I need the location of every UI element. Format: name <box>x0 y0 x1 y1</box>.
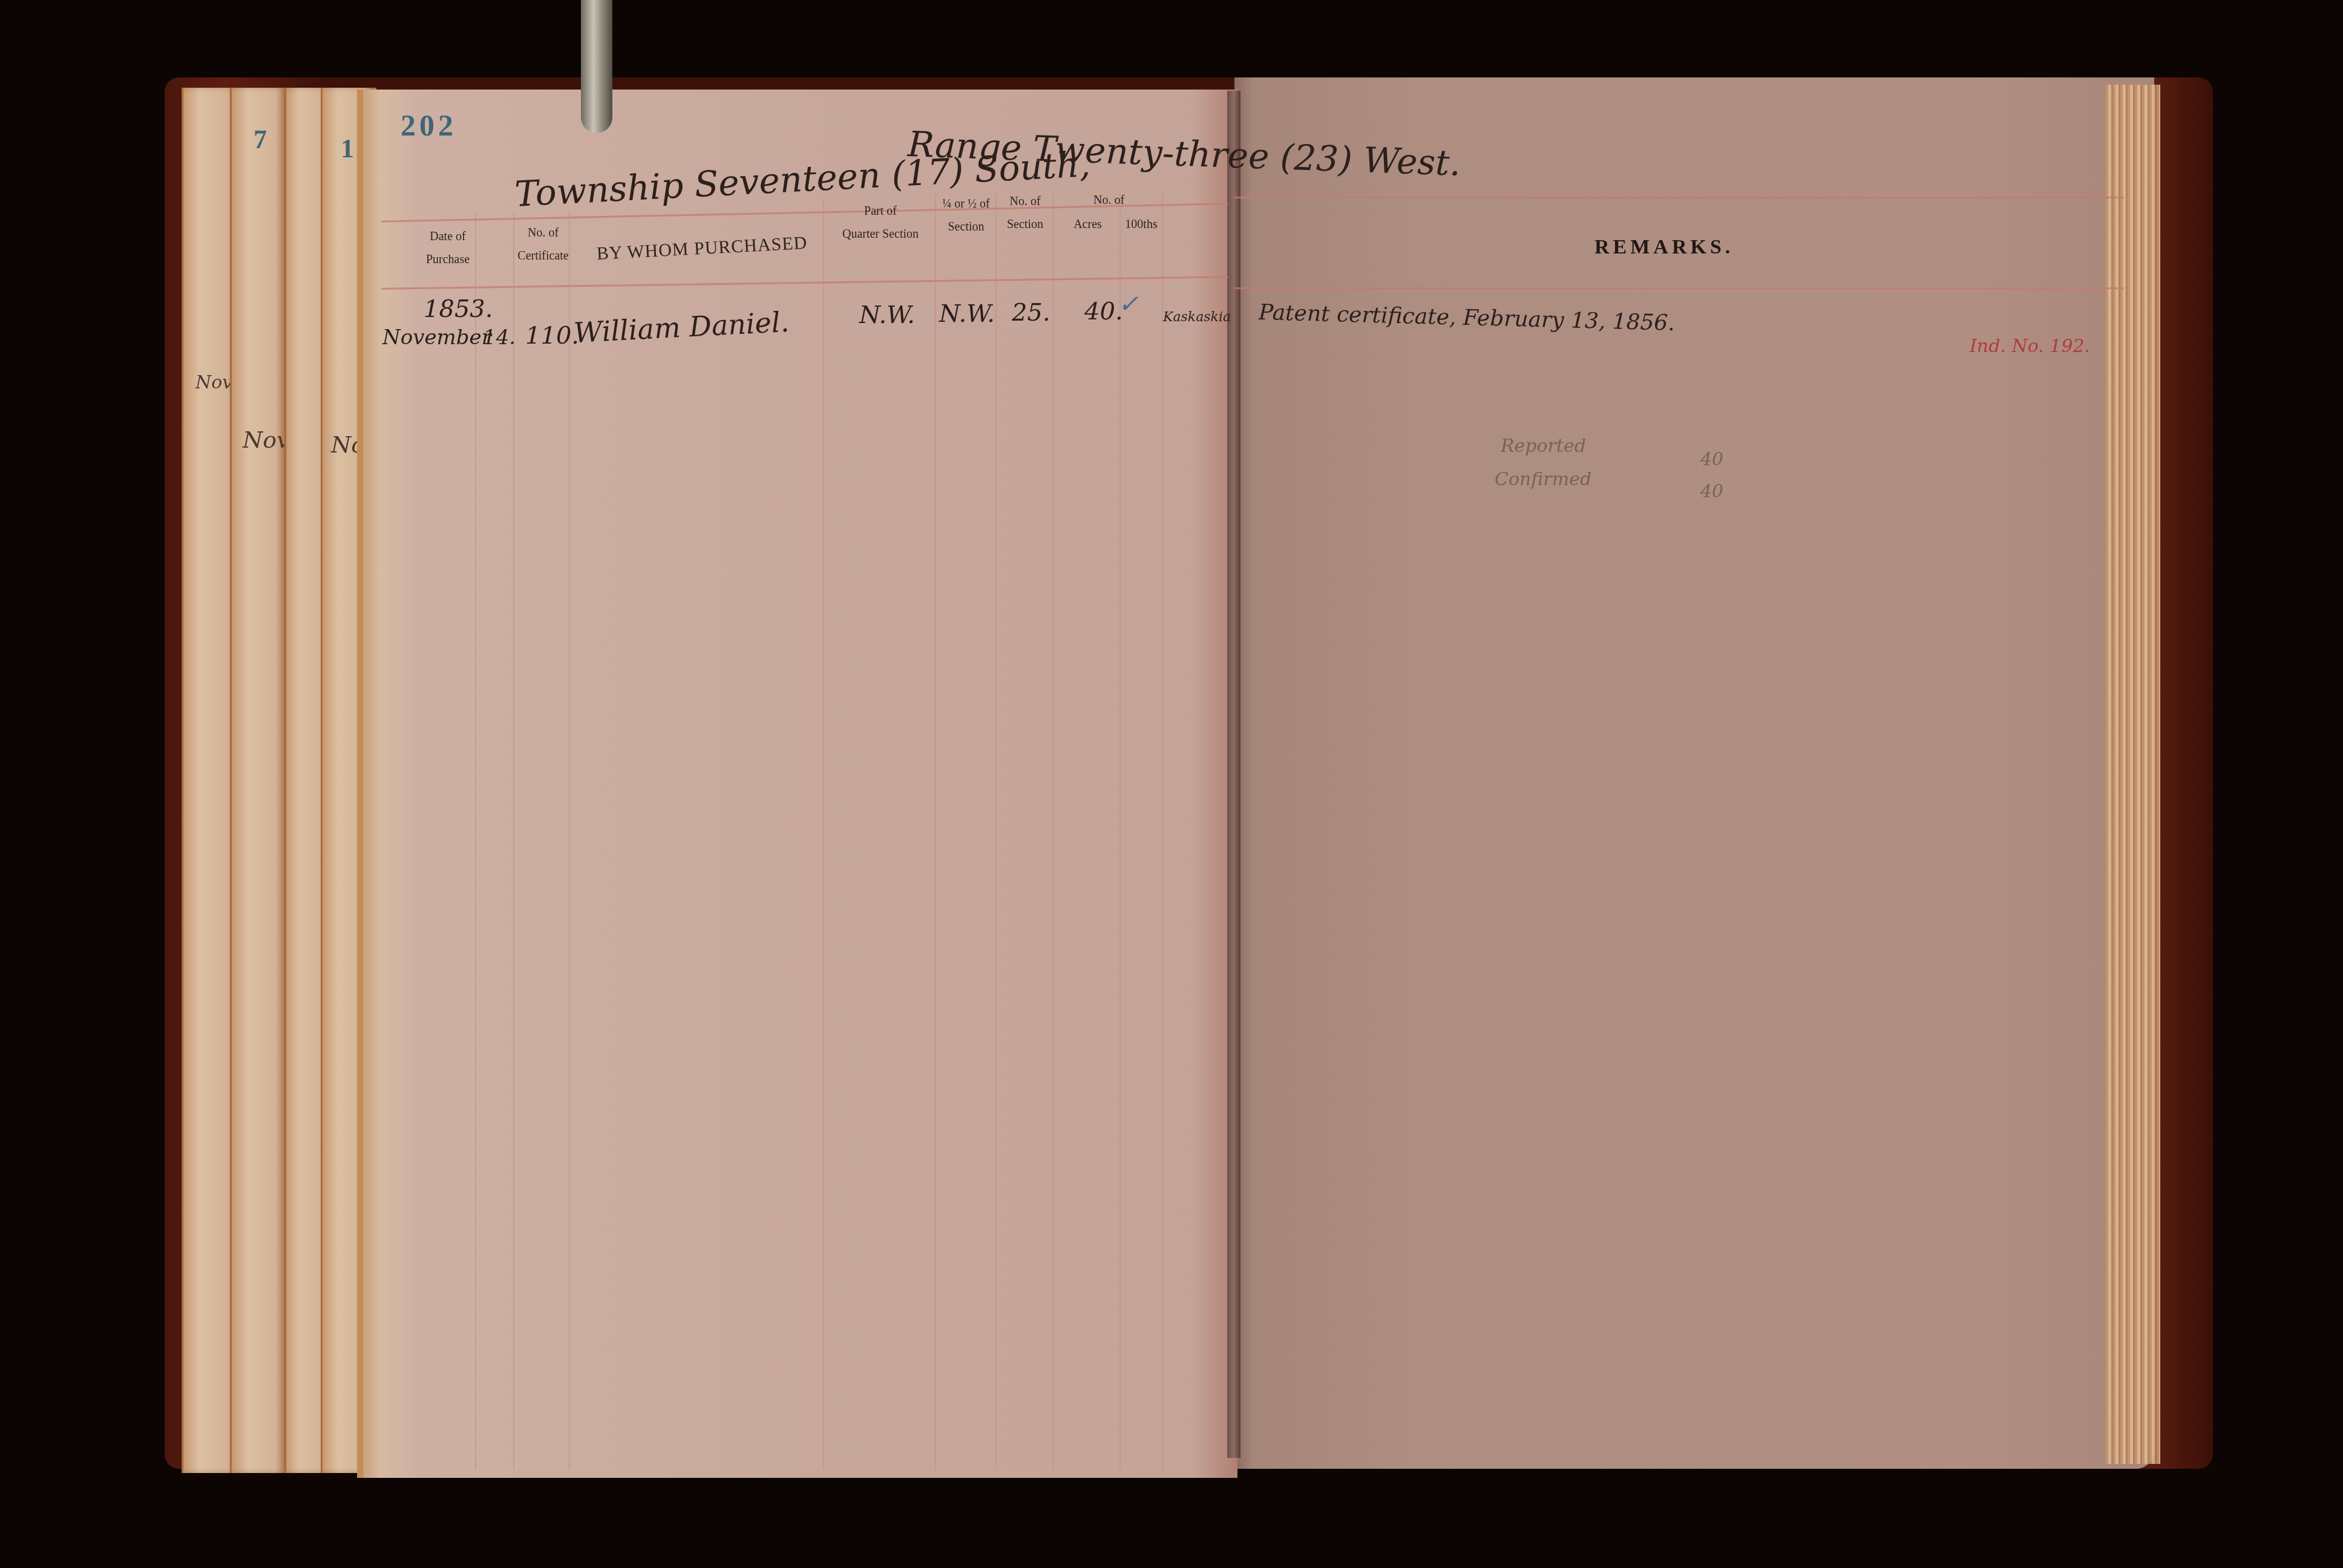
header-quarter-line1: ¼ or ½ of <box>937 192 995 215</box>
header-section: No. of Section <box>997 190 1053 236</box>
header-acres: Acres <box>1056 213 1119 236</box>
column-divider <box>1162 194 1163 1470</box>
header-part: Part of Quarter Section <box>826 200 935 246</box>
header-date: Date of Purchase <box>424 225 472 271</box>
header-quarter-line2: Section <box>937 215 995 238</box>
metal-page-clip <box>581 0 612 133</box>
header-quarter: ¼ or ½ of Section <box>937 192 995 238</box>
tab-fragment: Nov <box>195 372 232 393</box>
pencil-value: 40 <box>1700 481 1723 502</box>
pencil-label: Confirmed <box>1495 469 1591 490</box>
column-divider <box>995 194 997 1470</box>
remarks-header: REMARKS. <box>1594 236 1734 259</box>
column-divider <box>513 212 514 1470</box>
row-year: 1853. <box>424 295 493 323</box>
header-acres-group: No. of <box>1056 189 1162 212</box>
tab-number: 7 <box>254 124 267 155</box>
pencil-label: Reported <box>1501 436 1586 457</box>
remarks-rule-bottom <box>1234 287 2124 289</box>
row-month: November <box>382 325 491 350</box>
right-page <box>1234 77 2154 1469</box>
header-certificate: No. of Certificate <box>517 221 569 267</box>
column-divider <box>935 194 936 1470</box>
header-date-line2: Purchase <box>424 248 472 271</box>
tab-number: 1 <box>341 133 354 164</box>
header-section-line1: No. of <box>997 190 1053 213</box>
book-gutter <box>1227 91 1240 1458</box>
column-divider <box>823 200 824 1470</box>
column-divider <box>475 212 476 1470</box>
header-certificate-line1: No. of <box>517 221 569 244</box>
column-divider <box>1119 194 1121 1470</box>
header-section-line2: Section <box>997 213 1053 236</box>
header-certificate-line2: Certificate <box>517 244 569 267</box>
header-hundredths: 100ths <box>1121 213 1162 236</box>
row-certificate: 110. <box>525 322 579 350</box>
row-section: 25. <box>1012 299 1050 327</box>
page-tab-stack: Nov 7 Nov 1 Nov <box>182 88 387 1473</box>
row-quarter: N.W. <box>939 300 995 328</box>
check-mark-icon: ✓ <box>1118 290 1139 318</box>
page-number: 202 <box>401 108 457 143</box>
row-part: N.W. <box>859 301 915 329</box>
page-edges-right <box>2106 85 2160 1464</box>
tab-page: 7 Nov <box>230 88 289 1473</box>
column-divider <box>1053 194 1054 1470</box>
row-day: 14. <box>483 325 516 350</box>
remarks-rule-top <box>1234 197 2124 198</box>
header-part-line1: Part of <box>826 200 935 223</box>
pencil-value: 40 <box>1700 449 1723 470</box>
header-part-line2: Quarter Section <box>826 223 935 246</box>
row-acres: 40. <box>1084 298 1123 325</box>
row-district: Kaskaskia <box>1163 310 1231 325</box>
red-index-note: Ind. No. 192. <box>1970 336 2090 357</box>
header-date-line1: Date of <box>424 225 472 248</box>
tab-fragment: Nov <box>243 426 290 453</box>
column-divider <box>569 212 570 1470</box>
